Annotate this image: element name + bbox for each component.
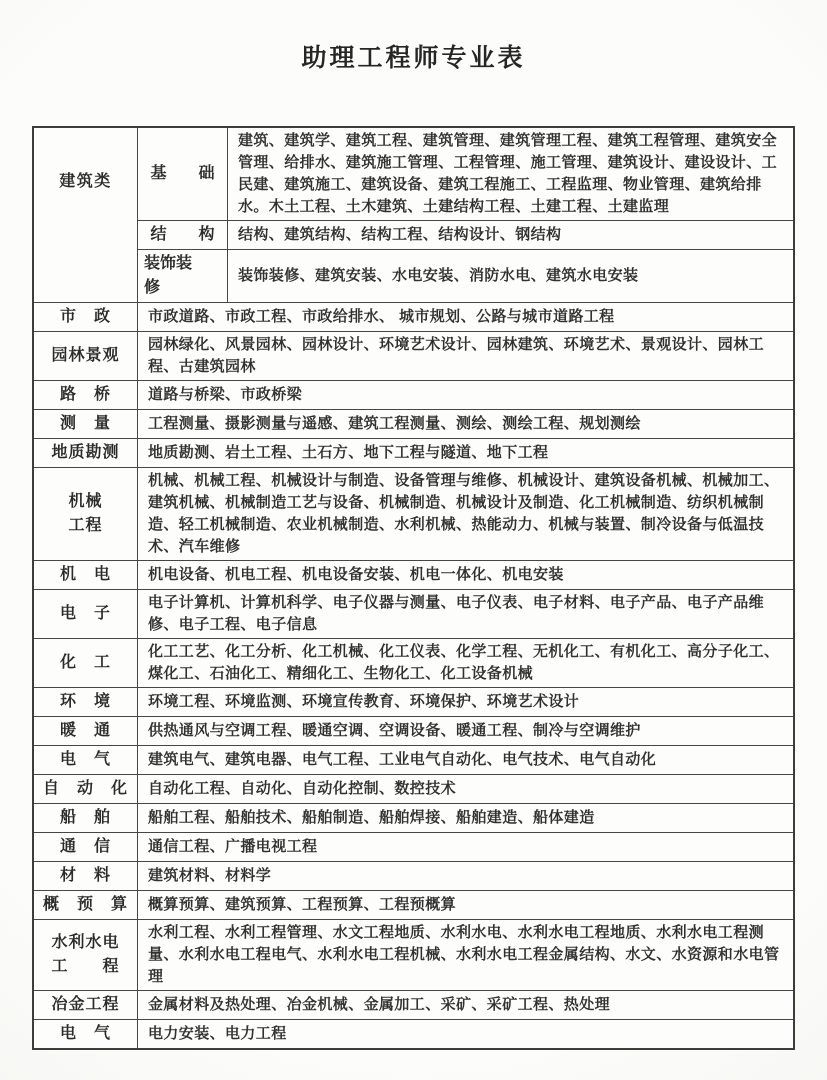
row-content-cell: 建筑电气、建筑电器、电气工程、工业电气自动化、电气技术、电气自动化 [138,746,793,774]
table-row: 测 量 工程测量、摄影测量与遥感、建筑工程测量、测绘、测绘工程、规划测绘 [34,410,793,439]
row-content-cell: 园林绿化、风景园林、园林设计、环境艺术设计、园林建筑、环境艺术、景观设计、园林工… [138,332,793,380]
table-row-building-group: 建筑类 基 础 建筑、建筑学、建筑工程、建筑管理、建筑管理工程、建筑工程管理、建… [34,128,793,303]
subrow-label-cell: 基 础 [138,128,228,220]
subrow-label-cell: 结 构 [138,221,228,249]
table-row: 市 政 市政道路、市政工程、市政给排水、 城市规划、公路与城市道路工程 [34,303,793,332]
subrow-content-cell: 建筑、建筑学、建筑工程、建筑管理、建筑管理工程、建筑工程管理、建筑安全管理、给排… [228,128,793,220]
table-row: 园林景观 园林绿化、风景园林、园林设计、环境艺术设计、园林建筑、环境艺术、景观设… [34,332,793,381]
row-content-cell: 水利工程、水利工程管理、水文工程地质、水利水电、水利水电工程地质、水利水电工程测… [138,920,793,990]
table-row: 环 境 环境工程、环境监测、环境宣传教育、环境保护、环境艺术设计 [34,688,793,717]
row-label-cell: 冶金工程 [34,991,138,1019]
row-label-cell: 路 桥 [34,381,138,409]
table-row: 化 工 化工工艺、化工分析、化工机械、化工仪表、化学工程、无机化工、有机化工、高… [34,639,793,688]
subrow-content-cell: 结构、建筑结构、结构工程、结构设计、钢结构 [228,221,793,249]
row-label-cell: 地质勘测 [34,439,138,467]
table-row: 水利水电 工 程 水利工程、水利工程管理、水文工程地质、水利水电、水利水电工程地… [34,920,793,991]
row-content-cell: 环境工程、环境监测、环境宣传教育、环境保护、环境艺术设计 [138,688,793,716]
row-label-cell: 化 工 [34,639,138,687]
row-content-cell: 概算预算、建筑预算、工程预算、工程预概算 [138,891,793,919]
subrow-content-cell: 装饰装修、建筑安装、水电安装、消防水电、建筑水电安装 [228,250,793,302]
building-group-subrows: 基 础 建筑、建筑学、建筑工程、建筑管理、建筑管理工程、建筑工程管理、建筑安全管… [138,128,793,302]
row-content-cell: 道路与桥梁、市政桥梁 [138,381,793,409]
page-title: 助理工程师专业表 [0,38,827,74]
table-row: 电 气 建筑电气、建筑电器、电气工程、工业电气自动化、电气技术、电气自动化 [34,746,793,775]
row-label-cell: 测 量 [34,410,138,438]
table-row: 地质勘测 地质勘测、岩土工程、土石方、地下工程与隧道、地下工程 [34,439,793,468]
row-content-cell: 供热通风与空调工程、暖通空调、空调设备、暖通工程、制冷与空调维护 [138,717,793,745]
row-label-cell: 园林景观 [34,332,138,380]
table-row: 电 气 电力安装、电力工程 [34,1020,793,1048]
specialty-table: 建筑类 基 础 建筑、建筑学、建筑工程、建筑管理、建筑管理工程、建筑工程管理、建… [32,126,795,1050]
row-label-cell: 电 子 [34,590,138,638]
row-content-cell: 船舶工程、船舶技术、船舶制造、船舶焊接、船舶建造、船体建造 [138,804,793,832]
table-row: 电 子 电子计算机、计算机科学、电子仪器与测量、电子仪表、电子材料、电子产品、电… [34,590,793,639]
row-content-cell: 地质勘测、岩土工程、土石方、地下工程与隧道、地下工程 [138,439,793,467]
row-content-cell: 电子计算机、计算机科学、电子仪器与测量、电子仪表、电子材料、电子产品、电子产品维… [138,590,793,638]
row-label-cell: 环 境 [34,688,138,716]
row-content-cell: 工程测量、摄影测量与遥感、建筑工程测量、测绘、测绘工程、规划测绘 [138,410,793,438]
table-subrow: 装饰装 修 装饰装修、建筑安装、水电安装、消防水电、建筑水电安装 [138,250,793,302]
category-cell: 建筑类 [34,128,138,302]
row-content-cell: 电力安装、电力工程 [138,1020,793,1048]
row-label-cell: 暖 通 [34,717,138,745]
row-label-cell: 概 预 算 [34,891,138,919]
row-content-cell: 建筑材料、材料学 [138,862,793,890]
row-label-cell: 通 信 [34,833,138,861]
row-label-cell: 水利水电 工 程 [34,920,138,990]
row-label-cell: 机械 工程 [34,468,138,560]
table-row: 路 桥 道路与桥梁、市政桥梁 [34,381,793,410]
table-row: 机 电 机电设备、机电工程、机电设备安装、机电一体化、机电安装 [34,561,793,590]
row-label-cell: 材 料 [34,862,138,890]
table-row: 通 信 通信工程、广播电视工程 [34,833,793,862]
table-row: 船 舶 船舶工程、船舶技术、船舶制造、船舶焊接、船舶建造、船体建造 [34,804,793,833]
row-label-cell: 船 舶 [34,804,138,832]
row-content-cell: 机械、机械工程、机械设计与制造、设备管理与维修、机械设计、建筑设备机械、机械加工… [138,468,793,560]
table-subrow: 结 构 结构、建筑结构、结构工程、结构设计、钢结构 [138,221,793,250]
table-row: 自 动 化 自动化工程、自动化、自动化控制、数控技术 [34,775,793,804]
row-content-cell: 化工工艺、化工分析、化工机械、化工仪表、化学工程、无机化工、有机化工、高分子化工… [138,639,793,687]
row-content-cell: 自动化工程、自动化、自动化控制、数控技术 [138,775,793,803]
table-subrow: 基 础 建筑、建筑学、建筑工程、建筑管理、建筑管理工程、建筑工程管理、建筑安全管… [138,128,793,221]
table-row: 暖 通 供热通风与空调工程、暖通空调、空调设备、暖通工程、制冷与空调维护 [34,717,793,746]
table-row: 概 预 算 概算预算、建筑预算、工程预算、工程预概算 [34,891,793,920]
row-content-cell: 市政道路、市政工程、市政给排水、 城市规划、公路与城市道路工程 [138,303,793,331]
row-label-cell: 市 政 [34,303,138,331]
row-content-cell: 金属材料及热处理、冶金机械、金属加工、采矿、采矿工程、热处理 [138,991,793,1019]
row-content-cell: 通信工程、广播电视工程 [138,833,793,861]
row-label-cell: 电 气 [34,746,138,774]
row-label-cell: 电 气 [34,1020,138,1048]
row-content-cell: 机电设备、机电工程、机电设备安装、机电一体化、机电安装 [138,561,793,589]
row-label-cell: 自 动 化 [34,775,138,803]
subrow-label-cell: 装饰装 修 [138,250,228,302]
table-row: 材 料 建筑材料、材料学 [34,862,793,891]
table-row: 冶金工程 金属材料及热处理、冶金机械、金属加工、采矿、采矿工程、热处理 [34,991,793,1020]
row-label-cell: 机 电 [34,561,138,589]
table-row: 机械 工程 机械、机械工程、机械设计与制造、设备管理与维修、机械设计、建筑设备机… [34,468,793,561]
